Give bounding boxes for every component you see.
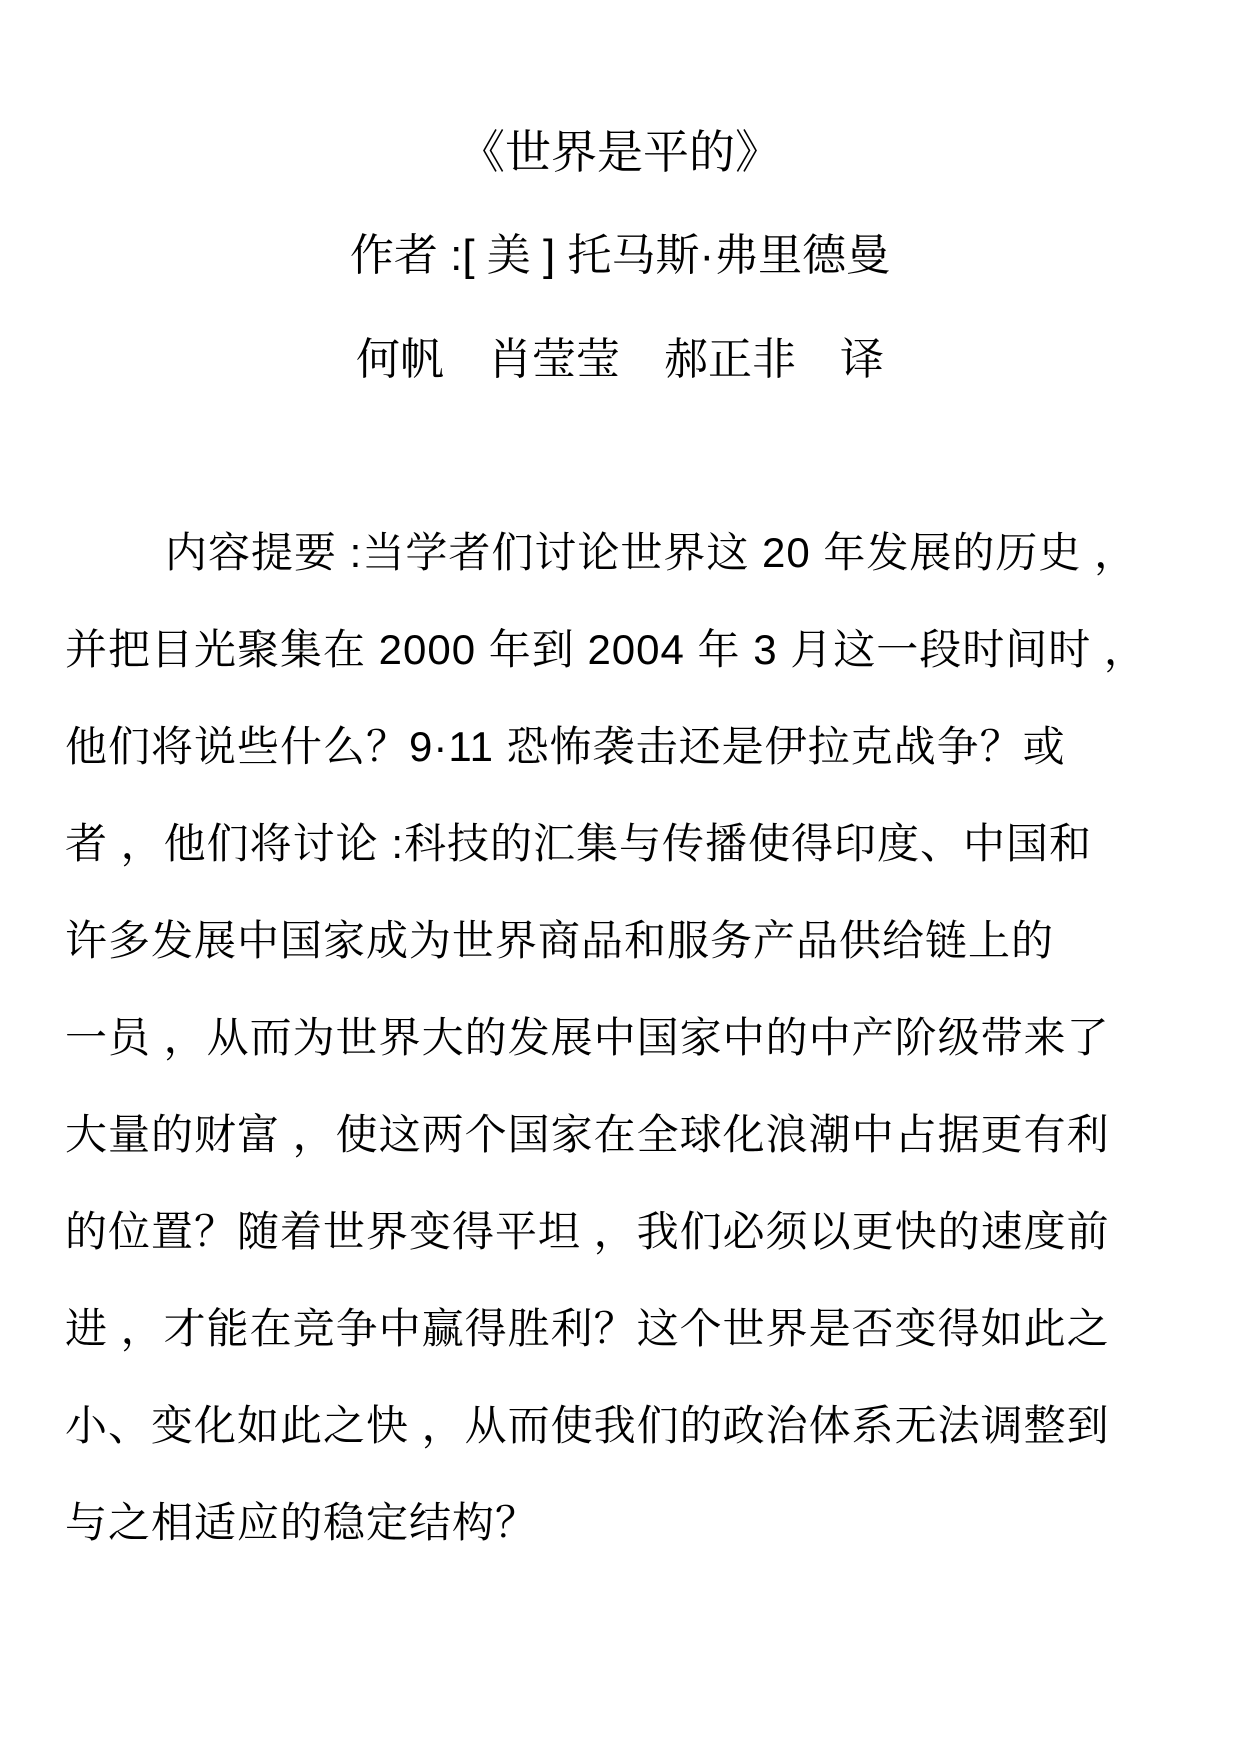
ebook-page: 《世界是平的》 作者 :[ 美 ] 托马斯·弗里德曼 何帆 肖莹莹 郝正非 译 … — [0, 0, 1240, 1755]
paragraph-line: 进 ，才能在竞争中赢得胜利？这个世界是否变得如此之 — [65, 1280, 1190, 1377]
paragraph-line: 他们将说些什么？9·11 恐怖袭击还是伊拉克战争？或 — [65, 698, 1190, 795]
book-header: 《世界是平的》 作者 :[ 美 ] 托马斯·弗里德曼 何帆 肖莹莹 郝正非 译 — [0, 0, 1240, 412]
summary-paragraph: 内容提要 :当学者们讨论世界这 20 年发展的历史 ， 并把目光聚集在 2000… — [0, 504, 1240, 1571]
paragraph-line: 者 ，他们将讨论 :科技的汇集与传播使得印度、中国和 — [65, 795, 1190, 892]
paragraph-line: 大量的财富 ，使这两个国家在全球化浪潮中占据更有利 — [65, 1086, 1190, 1183]
paragraph-line: 并把目光聚集在 2000 年到 2004 年 3 月这一段时间时 ， — [65, 601, 1190, 698]
paragraph-line: 内容提要 :当学者们讨论世界这 20 年发展的历史 ， — [65, 504, 1190, 601]
book-title: 《世界是平的》 — [0, 100, 1240, 204]
paragraph-line: 小、变化如此之快 ，从而使我们的政治体系无法调整到 — [65, 1377, 1190, 1474]
paragraph-line: 许多发展中国家成为世界商品和服务产品供给链上的 — [65, 892, 1190, 989]
paragraph-line: 一员 ，从而为世界大的发展中国家中的中产阶级带来了 — [65, 989, 1190, 1086]
book-author-line: 作者 :[ 美 ] 托马斯·弗里德曼 — [0, 204, 1240, 308]
paragraph-line: 的位置？随着世界变得平坦 ，我们必须以更快的速度前 — [65, 1183, 1190, 1280]
paragraph-line: 与之相适应的稳定结构？ — [65, 1474, 1190, 1571]
book-translators-line: 何帆 肖莹莹 郝正非 译 — [0, 308, 1240, 412]
